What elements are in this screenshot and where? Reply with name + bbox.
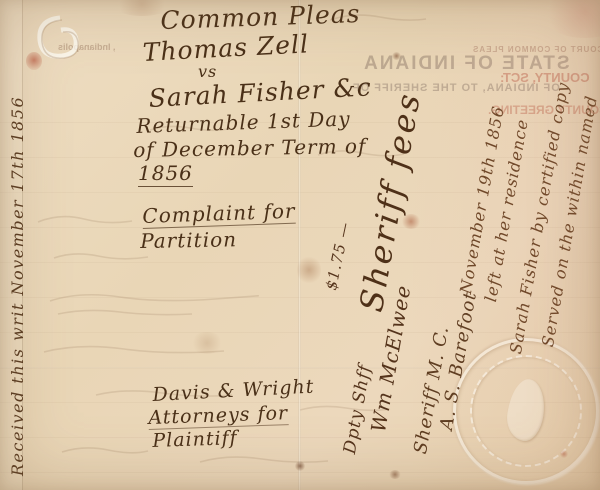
cause-line-2: Partition [140, 227, 237, 253]
attorney-line-2: Attorneys for [148, 402, 288, 430]
bleedthrough-state-of-indiana: STATE OF INDIANA [362, 53, 570, 75]
bleedthrough-printer-imprint-left: , Indianapolis [58, 42, 116, 52]
stain-spot-4 [389, 470, 401, 479]
cause-line-1: Complaint for [142, 199, 296, 229]
bleedthrough-sheriff-line: OF INDIANA, TO THE SHERIFF OF [352, 82, 560, 94]
returnable-line-3: 1856 [138, 161, 193, 187]
stain-smudge-1 [297, 255, 321, 285]
docket-court-title: Common Pleas [160, 0, 361, 35]
docket-versus: vs [198, 62, 217, 81]
attorney-line-3: Plaintiff [152, 427, 238, 452]
sheriff-fees-amount: $1.75 — [322, 220, 354, 292]
bleedthrough-county-sct: COUNTY, SCT: [500, 70, 590, 85]
stain-spot-1 [392, 52, 401, 60]
center-fold-crease [298, 0, 301, 490]
red-ink-stamp [26, 52, 42, 70]
received-note: Received this writ November 17th 1856 [8, 96, 27, 476]
stain-top-right [540, 0, 600, 38]
stain-spot-3 [295, 461, 305, 471]
document-page: , Indianapolis COURT OF COMMON PLEAS STA… [0, 0, 600, 490]
docket-plaintiff-name: Thomas Zell [142, 29, 310, 67]
returnable-line-2: of December Term of [133, 134, 367, 162]
embossed-court-seal [453, 338, 599, 484]
stain-smudge-2 [190, 332, 224, 354]
bleedthrough-printer-imprint-right: COURT OF COMMON PLEAS [472, 45, 600, 54]
embossed-swirl-stamp [0, 0, 120, 110]
attorney-line-1: Davis & Wright [152, 376, 315, 406]
sheriff-fees-label: Sheriff fees [352, 88, 428, 314]
